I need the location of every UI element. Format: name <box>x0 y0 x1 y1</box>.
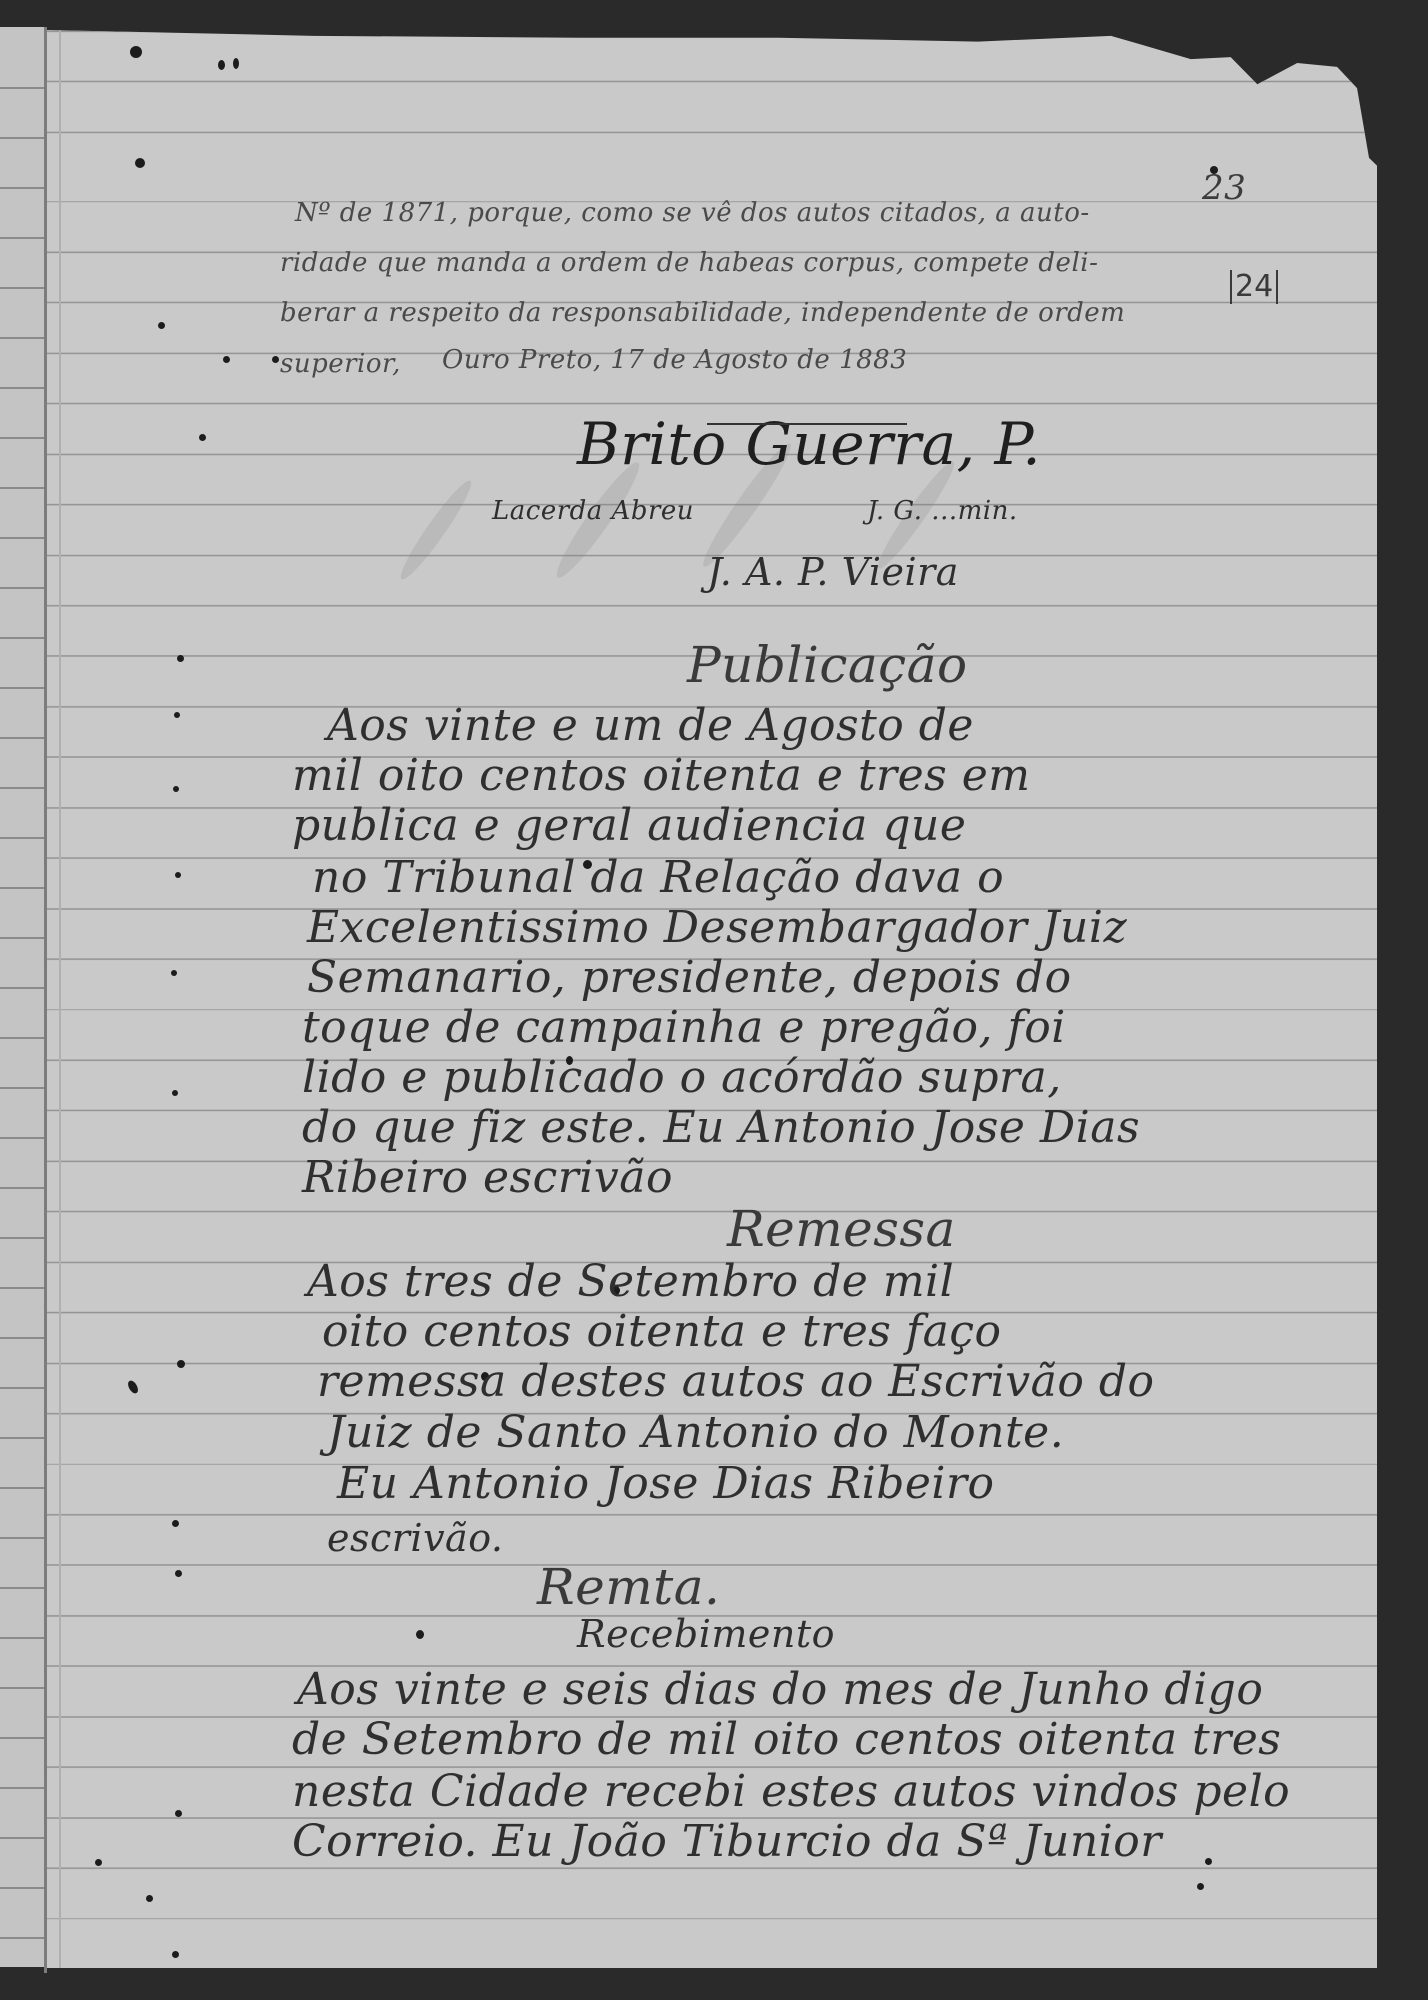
closing-mark-remessa: Remta. <box>537 1558 720 1616</box>
text-line: Correio. Eu João Tiburcio da Sª Junior <box>292 1816 1162 1867</box>
text-line: mil oito centos oitenta e tres em <box>292 750 1030 801</box>
ink-spot <box>1205 1858 1212 1865</box>
text-line: remessa destes autos ao Escrivão do <box>317 1356 1154 1407</box>
text-line: nesta Cidade recebi estes autos vindos p… <box>292 1766 1290 1817</box>
ink-spot <box>171 970 177 976</box>
place-date: Ouro Preto, 17 de Agosto de 1883 <box>442 345 907 375</box>
text-line: ridade que manda a ordem de habeas corpu… <box>280 248 1098 278</box>
text-line: Ribeiro escrivão <box>302 1152 673 1203</box>
ink-spot <box>218 60 225 70</box>
signature-right: J. G. ...min. <box>867 496 1018 526</box>
ink-spot <box>130 46 142 58</box>
text-line: Aos tres de Setembro de mil <box>307 1256 954 1307</box>
ink-spot <box>416 1630 424 1639</box>
signature-flourish <box>707 423 907 425</box>
section-heading-recebimento: Recebimento <box>577 1612 835 1656</box>
ink-spot <box>272 356 279 363</box>
text-line: Excelentissimo Desembargador Juiz <box>307 902 1127 953</box>
ink-spot <box>223 356 230 363</box>
ink-spot <box>172 1520 179 1527</box>
ink-spot <box>177 1360 185 1368</box>
signature-left: Lacerda Abreu <box>492 496 694 526</box>
ink-spot <box>177 655 184 662</box>
ink-spot <box>146 1895 153 1902</box>
text-line: do que fiz este. Eu Antonio Jose Dias <box>302 1102 1140 1153</box>
signature-third: J. A. P. Vieira <box>707 550 959 594</box>
folio-number-handwritten: 23 <box>1202 168 1246 208</box>
signature-main: Brito Guerra, P. <box>577 410 1041 478</box>
page-margin-line <box>59 30 61 1968</box>
text-line: Aos vinte e um de Agosto de <box>327 700 974 751</box>
adjacent-page-edge <box>0 27 45 1967</box>
ink-spot <box>199 434 206 441</box>
ink-spot <box>158 322 165 329</box>
ink-spot <box>175 1570 182 1577</box>
binding-gutter <box>44 27 47 1973</box>
ink-spot <box>175 872 181 878</box>
section-heading-publicacao: Publicação <box>687 636 968 694</box>
text-line: Eu Antonio Jose Dias Ribeiro <box>337 1458 995 1509</box>
text-line: escrivão. <box>327 1516 504 1560</box>
folio-number-stamped: 24 <box>1230 270 1278 304</box>
text-line: publica e geral audiencia que <box>292 800 966 851</box>
text-line: oito centos oitenta e tres faço <box>322 1306 1002 1357</box>
ink-spot <box>172 1951 179 1958</box>
ink-spot <box>233 58 239 69</box>
ink-spot <box>172 1090 178 1096</box>
document-page: 23 24 Nº de 1871, porque, como se vê dos… <box>47 30 1377 1968</box>
text-line: lido e publicado o acórdão supra, <box>302 1052 1062 1103</box>
text-line: Aos vinte e seis dias do mes de Junho di… <box>297 1664 1263 1715</box>
text-line: toque de campainha e pregão, foi <box>302 1002 1066 1053</box>
text-line: de Setembro de mil oito centos oitenta t… <box>292 1714 1281 1765</box>
section-heading-remessa: Remessa <box>727 1200 956 1258</box>
text-line: superior, <box>280 349 401 379</box>
ink-spot <box>175 1810 182 1817</box>
ink-spot <box>1197 1883 1204 1890</box>
ink-spot <box>174 712 180 718</box>
text-line: no Tribunal da Relação dava o <box>312 852 1004 903</box>
text-line: Juiz de Santo Antonio do Monte. <box>327 1407 1064 1458</box>
ink-spot <box>173 786 179 792</box>
text-line: Nº de 1871, porque, como se vê dos autos… <box>295 198 1090 228</box>
text-line: berar a respeito da responsabilidade, in… <box>280 298 1125 328</box>
ink-spot <box>95 1859 102 1866</box>
ink-spot <box>135 158 145 168</box>
text-line: Semanario, presidente, depois do <box>307 952 1072 1003</box>
